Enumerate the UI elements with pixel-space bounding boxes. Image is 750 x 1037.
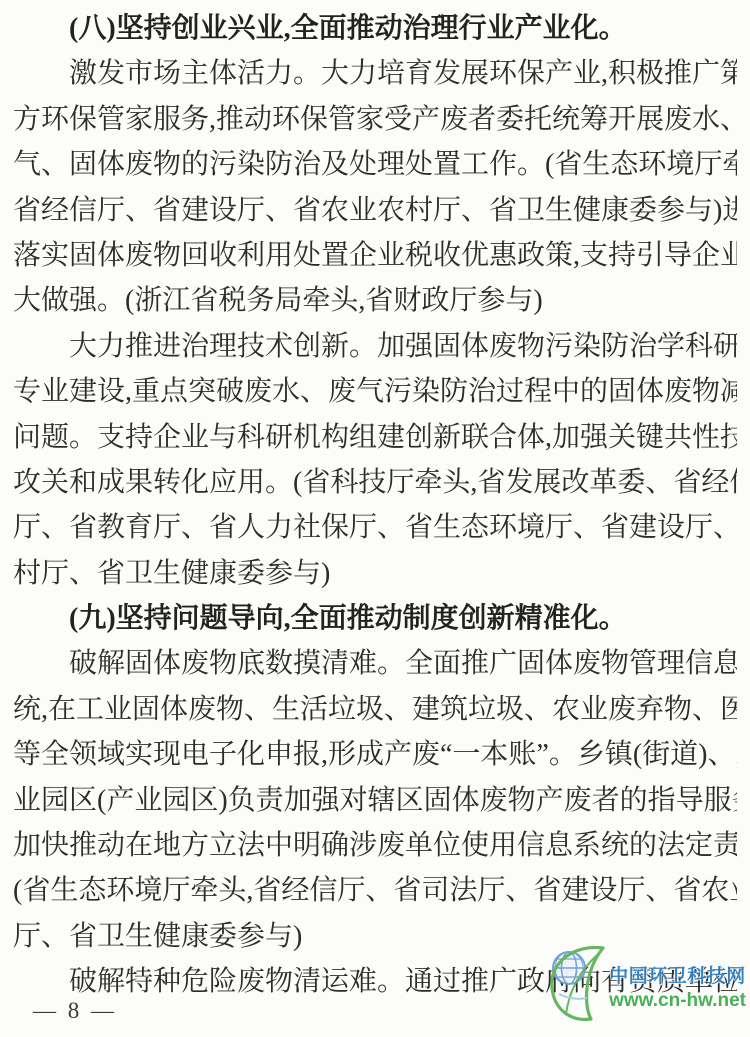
paragraph-line: 厅、省教育厅、省人力社保厅、省生态环境厅、省建设厅、省农业农: [13, 505, 737, 550]
paragraph-line: 省经信厅、省建设厅、省农业农村厅、省卫生健康委参与)进一步: [13, 188, 737, 233]
paragraph-line: 等全领域实现电子化申报,形成产废“一本账”。乡镇(街道)、工: [13, 732, 737, 777]
section-heading-8: (八)坚持创业兴业,全面推动治理行业产业化。: [13, 6, 737, 51]
paragraph-line: 落实固体废物回收利用处置企业税收优惠政策,支持引导企业做: [13, 233, 737, 278]
paragraph-line: 专业建设,重点突破废水、废气污染防治过程中的固体废物减量化: [13, 369, 737, 414]
document-page: (八)坚持创业兴业,全面推动治理行业产业化。 激发市场主体活力。大力培育发展环保…: [0, 0, 750, 1037]
paragraph-line: 攻关和成果转化应用。(省科技厅牵头,省发展改革委、省经信: [13, 460, 737, 505]
paragraph-line: 问题。支持企业与科研机构组建创新联合体,加强关键共性技术: [13, 415, 737, 460]
paragraph-line: 村厅、省卫生健康委参与): [13, 551, 737, 596]
watermark-site-url: www.cn-hw.net: [609, 990, 746, 1012]
section-heading-9: (九)坚持问题导向,全面推动制度创新精准化。: [13, 596, 737, 641]
paragraph-line: 气、固体废物的污染防治及处理处置工作。(省生态环境厅牵头,: [13, 142, 737, 187]
leaf-globe-icon: [545, 942, 607, 1031]
paragraph-line: 破解固体废物底数摸清难。全面推广固体废物管理信息系: [13, 641, 737, 686]
paragraph-line: (省生态环境厅牵头,省经信厅、省司法厅、省建设厅、省农业农村: [13, 868, 737, 913]
document-body: (八)坚持创业兴业,全面推动治理行业产业化。 激发市场主体活力。大力培育发展环保…: [13, 6, 737, 1005]
paragraph-line: 大力推进治理技术创新。加强固体废物污染防治学科研究和: [13, 324, 737, 369]
paragraph-line: 加快推动在地方立法中明确涉废单位使用信息系统的法定责任。: [13, 823, 737, 868]
paragraph-line: 业园区(产业园区)负责加强对辖区固体废物产废者的指导服务。: [13, 778, 737, 823]
watermark-site-name: 中国环卫科技网: [609, 961, 746, 988]
watermark: 中国环卫科技网 www.cn-hw.net: [545, 942, 746, 1031]
paragraph-line: 激发市场主体活力。大力培育发展环保产业,积极推广第三: [13, 51, 737, 96]
paragraph-line: 大做强。(浙江省税务局牵头,省财政厅参与): [13, 278, 737, 323]
paragraph-line: 统,在工业固体废物、生活垃圾、建筑垃圾、农业废弃物、医疗废物: [13, 687, 737, 732]
page-number: — 8 —: [33, 998, 117, 1024]
paragraph-line: 方环保管家服务,推动环保管家受产废者委托统筹开展废水、废: [13, 97, 737, 142]
